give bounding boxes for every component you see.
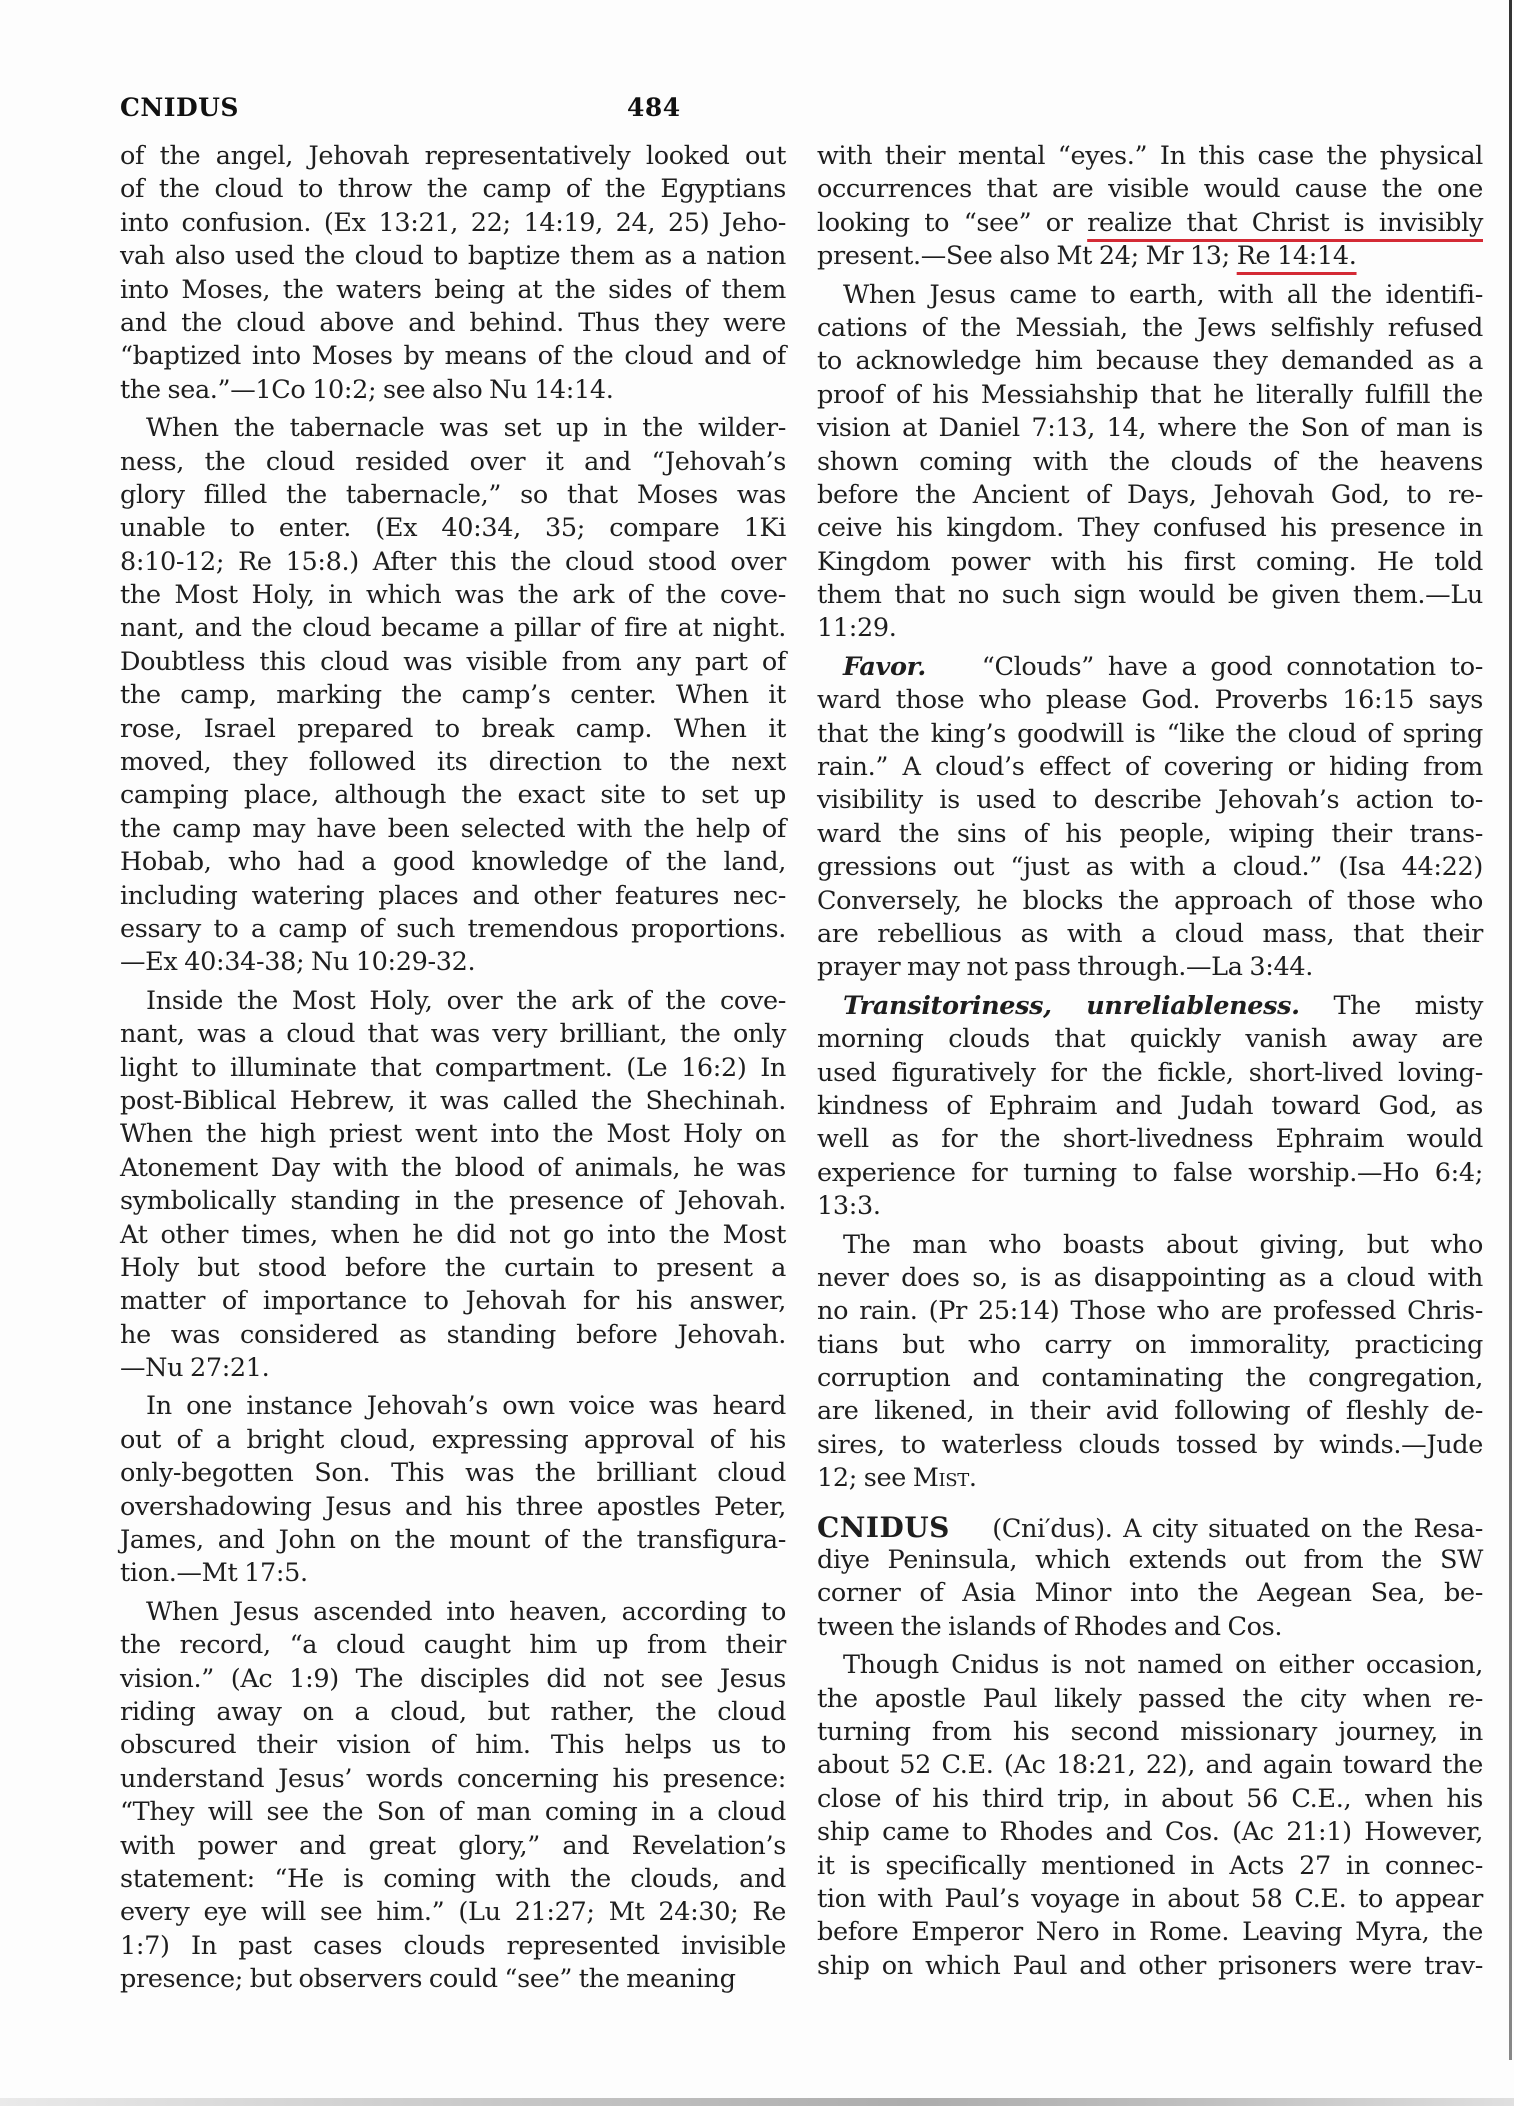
text-line: the Most Holy, in which was the ark of t… (120, 579, 786, 612)
entry-headword: CNIDUS (817, 1511, 950, 1544)
text-line: into confusion. (Ex 13:21, 22; 14:19, 24… (120, 207, 786, 240)
text-line: no rain. (Pr 25:14) Those who are profes… (817, 1295, 1483, 1328)
text-line: Doubtless this cloud was visible from an… (120, 646, 786, 679)
text-line: present.—See also Mt 24; Mr 13; Re 14:14… (817, 240, 1483, 273)
text-line: prayer may not pass through.—La 3:44. (817, 951, 1483, 984)
paragraph: When Jesus came to earth, with all the i… (817, 279, 1483, 646)
subheading-paragraph-favor: Favor. “Clouds” have a good connotation … (817, 651, 1483, 985)
text-line: of the angel, Jehovah representatively l… (120, 140, 786, 173)
text-line: about 52 C.E. (Ac 18:21, 22), and again … (817, 1749, 1483, 1782)
text-line: with their mental “eyes.” In this case t… (817, 140, 1483, 173)
text-line: are rebellious as with a cloud mass, tha… (817, 918, 1483, 951)
page-number: 484 (627, 93, 681, 122)
paragraph: Inside the Most Holy, over the ark of th… (120, 985, 786, 1386)
text-line: overshadowing Jesus and his three apostl… (120, 1491, 786, 1524)
text-line: including watering places and other feat… (120, 880, 786, 913)
text-line: Transitoriness, unreliableness. The mist… (817, 990, 1483, 1023)
text-line: 8:10-12; Re 15:8.) After this the cloud … (120, 546, 786, 579)
text-line: are likened, in their avid following of … (817, 1395, 1483, 1428)
text-line: 12; see Mist. (817, 1462, 1483, 1495)
text-line: nant, and the cloud became a pillar of f… (120, 612, 786, 645)
text-line: tween the islands of Rhodes and Cos. (817, 1611, 1483, 1644)
text-line: matter of importance to Jehovah for his … (120, 1285, 786, 1318)
text-line: Though Cnidus is not named on either occ… (817, 1649, 1483, 1682)
red-underline-highlight: Re 14:14. (1237, 241, 1357, 271)
text-line: statement: “He is coming with the clouds… (120, 1863, 786, 1896)
text-line: the apostle Paul likely passed the city … (817, 1683, 1483, 1716)
paragraph-continuation: with their mental “eyes.” In this case t… (817, 140, 1483, 274)
text-line: “baptized into Moses by means of the clo… (120, 340, 786, 373)
text-line: Inside the Most Holy, over the ark of th… (120, 985, 786, 1018)
text-line: Hobab, who had a good knowledge of the l… (120, 846, 786, 879)
text-line: ness, the cloud resided over it and “Jeh… (120, 446, 786, 479)
page-edge-shadow (1509, 0, 1512, 2060)
text-line: Kingdom power with his first coming. He … (817, 546, 1483, 579)
text-line: 1:7) In past cases clouds represented in… (120, 1930, 786, 1963)
text-line: corruption and contaminating the congreg… (817, 1362, 1483, 1395)
text-line: before Emperor Nero in Rome. Leaving Myr… (817, 1916, 1483, 1949)
text-line: never does so, is as disappointing as a … (817, 1262, 1483, 1295)
text-line: the camp may have been selected with the… (120, 813, 786, 846)
text-line: out of a bright cloud, expressing approv… (120, 1424, 786, 1457)
text-line: before the Ancient of Days, Jehovah God,… (817, 479, 1483, 512)
running-head: CNIDUS (120, 93, 239, 122)
text-line: of the cloud to throw the camp of the Eg… (120, 173, 786, 206)
cross-reference-mist: Mist (913, 1463, 969, 1493)
text-line: cations of the Messiah, the Jews selfish… (817, 312, 1483, 345)
text-line: When the high priest went into the Most … (120, 1118, 786, 1151)
text-line: In one instance Jehovah’s own voice was … (120, 1390, 786, 1423)
text-line: When Jesus came to earth, with all the i… (817, 279, 1483, 312)
text-line: vision at Daniel 7:13, 14, where the Son… (817, 412, 1483, 445)
text-line: When Jesus ascended into heaven, accordi… (120, 1596, 786, 1629)
text-line: only-begotten Son. This was the brillian… (120, 1457, 786, 1490)
paragraph: The man who boasts about giving, but who… (817, 1229, 1483, 1496)
paragraph: When Jesus ascended into heaven, accordi… (120, 1596, 786, 1997)
text-line: and the cloud above and behind. Thus the… (120, 307, 786, 340)
text-line: ward those who please God. Proverbs 16:1… (817, 684, 1483, 717)
text-line: shown coming with the clouds of the heav… (817, 446, 1483, 479)
text-line: symbolically standing in the presence of… (120, 1185, 786, 1218)
text-line: turning from his second missionary journ… (817, 1716, 1483, 1749)
subheading-paragraph-transitoriness: Transitoriness, unreliableness. The mist… (817, 990, 1483, 1224)
text-line: well as for the short-livedness Ephraim … (817, 1123, 1483, 1156)
text-line: to acknowledge him because they demanded… (817, 345, 1483, 378)
text-line: used figuratively for the fickle, short-… (817, 1057, 1483, 1090)
text-line: the record, “a cloud caught him up from … (120, 1629, 786, 1662)
subheading-transitoriness: Transitoriness, unreliableness. (843, 991, 1300, 1021)
text-line: the camp, marking the camp’s center. Whe… (120, 679, 786, 712)
text-line: rose, Israel prepared to break camp. Whe… (120, 713, 786, 746)
paragraph: of the angel, Jehovah representatively l… (120, 140, 786, 407)
paragraph: When the tabernacle was set up in the wi… (120, 412, 786, 980)
text-line: them that no such sign would be given th… (817, 579, 1483, 612)
text-line: every eye will see him.” (Lu 21:27; Mt 2… (120, 1896, 786, 1929)
text-line: corner of Asia Minor into the Aegean Sea… (817, 1577, 1483, 1610)
text-line: visibility is used to describe Jehovah’s… (817, 784, 1483, 817)
text-line: 13:3. (817, 1190, 1483, 1223)
text-line: moved, they followed its direction to th… (120, 746, 786, 779)
text-line: obscured their vision of him. This helps… (120, 1729, 786, 1762)
text-line: nant, was a cloud that was very brillian… (120, 1018, 786, 1051)
text-line: post-Biblical Hebrew, it was called the … (120, 1085, 786, 1118)
text-line: essary to a camp of such tremendous prop… (120, 913, 786, 946)
paragraph: Though Cnidus is not named on either occ… (817, 1649, 1483, 1983)
paragraph: In one instance Jehovah’s own voice was … (120, 1390, 786, 1590)
text-line: gressions out “just as with a cloud.” (I… (817, 851, 1483, 884)
text-line: light to illuminate that compartment. (L… (120, 1052, 786, 1085)
text-line: tians but who carry on immorality, pract… (817, 1329, 1483, 1362)
text-line: ship on which Paul and other prisoners w… (817, 1950, 1483, 1983)
pronunciation: (Cni′dus). A city situated on the Resa- (992, 1514, 1483, 1544)
text-line: sires, to waterless clouds tossed by win… (817, 1429, 1483, 1462)
text-line: —Ex 40:34-38; Nu 10:29-32. (120, 946, 786, 979)
text-line: vision.” (Ac 1:9) The disciples did not … (120, 1663, 786, 1696)
text-line: understand Jesus’ words concerning his p… (120, 1763, 786, 1796)
text-line: diye Peninsula, which extends out from t… (817, 1544, 1483, 1577)
text-line: looking to “see” or realize that Christ … (817, 207, 1483, 240)
text-line: “They will see the Son of man coming in … (120, 1796, 786, 1829)
dictionary-entry-cnidus: CNIDUS (Cni′dus). A city situated on the… (817, 1511, 1483, 1645)
text-line: experience for turning to false worship.… (817, 1157, 1483, 1190)
text-line: he was considered as standing before Jeh… (120, 1319, 786, 1352)
text-line: it is specifically mentioned in Acts 27 … (817, 1850, 1483, 1883)
scan-bottom-shadow (0, 2098, 1514, 2106)
text-line: When the tabernacle was set up in the wi… (120, 412, 786, 445)
text-line: vah also used the cloud to baptize them … (120, 240, 786, 273)
text-line: riding away on a cloud, but rather, the … (120, 1696, 786, 1729)
text-line: ward the sins of his people, wiping thei… (817, 818, 1483, 851)
text-line: close of his third trip, in about 56 C.E… (817, 1783, 1483, 1816)
text-line: Atonement Day with the blood of animals,… (120, 1152, 786, 1185)
left-column: of the angel, Jehovah representatively l… (120, 140, 786, 2001)
text-line: ship came to Rhodes and Cos. (Ac 21:1) H… (817, 1816, 1483, 1849)
text-line: unable to enter. (Ex 40:34, 35; compare … (120, 512, 786, 545)
text-line: occurrences that are visible would cause… (817, 173, 1483, 206)
text-line: —Nu 27:21. (120, 1352, 786, 1385)
text-line: James, and John on the mount of the tran… (120, 1524, 786, 1557)
red-underline-highlight: realize that Christ is invisibly (1087, 208, 1483, 238)
text-line: proof of his Messiahship that he literal… (817, 379, 1483, 412)
text-line: glory filled the tabernacle,” so that Mo… (120, 479, 786, 512)
text-line: Conversely, he blocks the approach of th… (817, 885, 1483, 918)
text-line: CNIDUS (Cni′dus). A city situated on the… (817, 1511, 1483, 1544)
text-line: tion with Paul’s voyage in about 58 C.E.… (817, 1883, 1483, 1916)
text-line: ceive his kingdom. They confused his pre… (817, 512, 1483, 545)
text-line: At other times, when he did not go into … (120, 1219, 786, 1252)
text-line: rain.” A cloud’s effect of covering or h… (817, 751, 1483, 784)
text-line: the sea.”—1Co 10:2; see also Nu 14:14. (120, 374, 786, 407)
text-line: that the king’s goodwill is “like the cl… (817, 718, 1483, 751)
subheading-favor: Favor. (843, 652, 926, 682)
text-line: camping place, although the exact site t… (120, 779, 786, 812)
text-line: tion.—Mt 17:5. (120, 1557, 786, 1590)
text-line: morning clouds that quickly vanish away … (817, 1023, 1483, 1056)
text-line: Favor. “Clouds” have a good connotation … (817, 651, 1483, 684)
text-line: presence; but observers could “see” the … (120, 1963, 786, 1996)
text-line: 11:29. (817, 612, 1483, 645)
text-line: Holy but stood before the curtain to pre… (120, 1252, 786, 1285)
text-line: into Moses, the waters being at the side… (120, 274, 786, 307)
right-column: with their mental “eyes.” In this case t… (817, 140, 1483, 1988)
text-line: The man who boasts about giving, but who (817, 1229, 1483, 1262)
text-line: with power and great glory,” and Revelat… (120, 1830, 786, 1863)
text-line: kindness of Ephraim and Judah toward God… (817, 1090, 1483, 1123)
